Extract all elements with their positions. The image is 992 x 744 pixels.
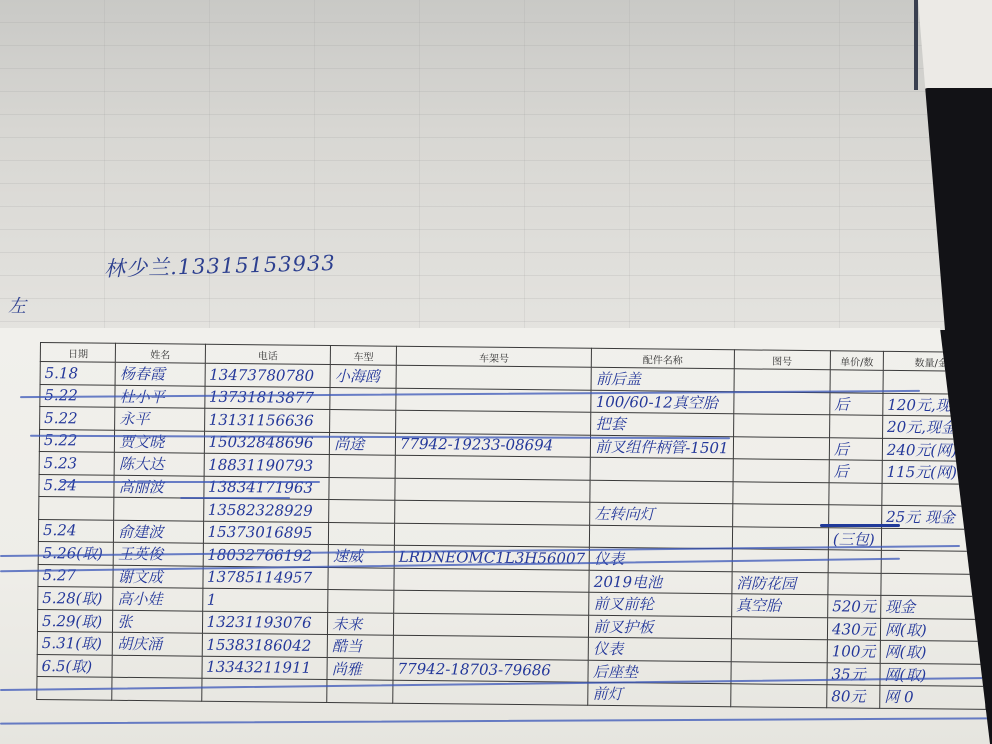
- row-figure-number: [733, 459, 830, 483]
- row-model: 未来: [328, 612, 394, 635]
- row-figure-number: [731, 639, 828, 663]
- row-model: 酷当: [327, 635, 393, 658]
- page-spine: [914, 0, 918, 90]
- row-frame-number: [396, 410, 592, 435]
- header-frame-number: 车架号: [396, 346, 592, 367]
- row-phone: 13731813877: [204, 386, 330, 410]
- row-frame-number: [395, 500, 591, 525]
- row-frame-number: [395, 455, 591, 480]
- row-part-name: 2019电池: [589, 570, 731, 594]
- row-model: [327, 680, 393, 703]
- row-name: 永平: [115, 407, 204, 430]
- row-frame-number: [394, 568, 590, 593]
- row-name: 胡庆涌: [113, 632, 202, 655]
- row-frame-number: 77942-18703-79686: [393, 658, 589, 683]
- handwritten-contact-note: 林少兰.13315153933: [104, 247, 336, 283]
- row-model: [330, 387, 396, 410]
- row-frame-number: [395, 478, 591, 503]
- row-unit: 35元: [827, 662, 880, 685]
- row-frame-number: [393, 635, 589, 660]
- row-figure-number: [733, 414, 830, 438]
- row-phone: 13785114957: [202, 566, 328, 590]
- row-name: [112, 655, 201, 678]
- row-figure-number: [732, 504, 829, 528]
- row-figure-number: 真空胎: [731, 594, 828, 618]
- row-date: 5.27: [38, 564, 114, 587]
- row-figure-number: [732, 481, 829, 505]
- row-model: [328, 590, 394, 613]
- row-figure-number: 消防花园: [731, 571, 828, 595]
- row-part-name: 左转向灯: [590, 502, 732, 526]
- handwritten-mark: 左: [8, 292, 26, 318]
- row-part-name: [590, 480, 732, 504]
- header-phone: 电话: [205, 344, 331, 364]
- row-model: [330, 410, 396, 433]
- row-phone: 13231193076: [202, 611, 328, 635]
- pen-line: [60, 481, 320, 483]
- row-unit: 后: [830, 392, 883, 415]
- row-part-name: 把套: [591, 412, 733, 436]
- pen-underline: [820, 524, 900, 527]
- row-name: 高丽波: [114, 475, 203, 498]
- row-unit: 430元: [827, 617, 880, 640]
- row-name: 俞建波: [114, 520, 203, 543]
- row-phone: 15032848696: [204, 431, 330, 455]
- row-figure-number: [734, 369, 831, 393]
- row-amount: 网(取): [880, 663, 986, 687]
- row-phone: 13582328929: [203, 498, 329, 522]
- row-date: 5.29(取): [37, 609, 113, 632]
- row-phone: 18831190793: [204, 453, 330, 477]
- row-name: 高小娃: [113, 587, 202, 610]
- row-unit: [829, 482, 882, 505]
- ledger-page: 日期 姓名 电话 车型 车架号 配件名称 图号 单价/数 数量/金额 5.18杨…: [0, 328, 990, 744]
- row-frame-number: [396, 365, 592, 390]
- row-figure-number: [733, 391, 830, 415]
- row-phone: 13834171963: [203, 476, 329, 500]
- header-date: 日期: [40, 343, 115, 363]
- row-phone: 18032766192: [203, 543, 329, 567]
- row-unit: [828, 572, 881, 595]
- row-date: 5.22: [40, 407, 116, 430]
- row-date: [39, 496, 115, 519]
- row-date: 5.23: [39, 451, 115, 474]
- row-amount: 网(取): [880, 640, 986, 664]
- row-date: 5.22: [39, 429, 115, 452]
- header-figure-number: 图号: [734, 350, 831, 370]
- row-part-name: 仪表: [589, 547, 731, 571]
- row-date: 5.31(取): [37, 631, 113, 654]
- row-date: 5.28(取): [38, 586, 114, 609]
- row-unit: [830, 415, 883, 438]
- back-page: 林少兰.13315153933 左: [0, 0, 945, 330]
- row-unit: 100元: [827, 640, 880, 663]
- row-phone: 13343211911: [202, 656, 328, 680]
- row-unit: 520元: [828, 595, 881, 618]
- row-amount: 网(取): [880, 618, 986, 642]
- row-phone: [201, 678, 327, 702]
- row-unit: 80元: [827, 685, 880, 708]
- pen-line: [0, 717, 990, 724]
- header-part-name: 配件名称: [592, 348, 734, 368]
- row-part-name: 前叉护板: [589, 615, 731, 639]
- row-model: 小海鸥: [330, 365, 396, 388]
- row-frame-number: [393, 613, 589, 638]
- row-phone: 1: [202, 588, 328, 612]
- row-figure-number: [733, 436, 830, 460]
- row-model: [329, 477, 395, 500]
- row-date: 5.24: [38, 519, 114, 542]
- header-unit: 单价/数: [830, 351, 883, 371]
- row-part-name: [590, 457, 732, 481]
- row-name: 张: [113, 610, 202, 633]
- row-date: 5.24: [39, 474, 115, 497]
- row-name: 贾文晓: [115, 430, 204, 453]
- row-model: [329, 522, 395, 545]
- row-part-name: 前灯: [588, 682, 730, 706]
- row-unit: 后: [829, 460, 882, 483]
- row-name: [114, 497, 203, 520]
- row-part-name: 前后盖: [591, 367, 733, 391]
- row-phone: 15383186042: [202, 633, 328, 657]
- row-frame-number: [394, 523, 590, 548]
- pen-line: [180, 497, 290, 499]
- row-model: 尚雅: [327, 657, 393, 680]
- row-phone: 13473780780: [205, 363, 331, 387]
- header-model: 车型: [331, 346, 397, 366]
- row-unit: [828, 550, 881, 573]
- row-phone: 13131156636: [204, 408, 330, 432]
- row-model: [328, 567, 394, 590]
- row-amount: 现金: [881, 595, 987, 619]
- row-figure-number: [730, 684, 827, 708]
- row-part-name: [590, 525, 732, 549]
- row-date: 6.5(取): [37, 654, 113, 677]
- row-figure-number: [731, 616, 828, 640]
- row-date: 5.18: [40, 362, 116, 385]
- row-part-name: 仪表: [589, 637, 731, 661]
- row-name: 杨春霞: [115, 362, 204, 385]
- row-model: [329, 455, 395, 478]
- row-name: 陈大达: [114, 452, 203, 475]
- header-name: 姓名: [116, 343, 205, 363]
- row-unit: 后: [829, 437, 882, 460]
- row-frame-number: [394, 590, 590, 615]
- row-part-name: 前叉前轮: [589, 592, 731, 616]
- row-amount: 网 0: [880, 685, 986, 709]
- row-phone: 15373016895: [203, 521, 329, 545]
- row-model: [329, 500, 395, 523]
